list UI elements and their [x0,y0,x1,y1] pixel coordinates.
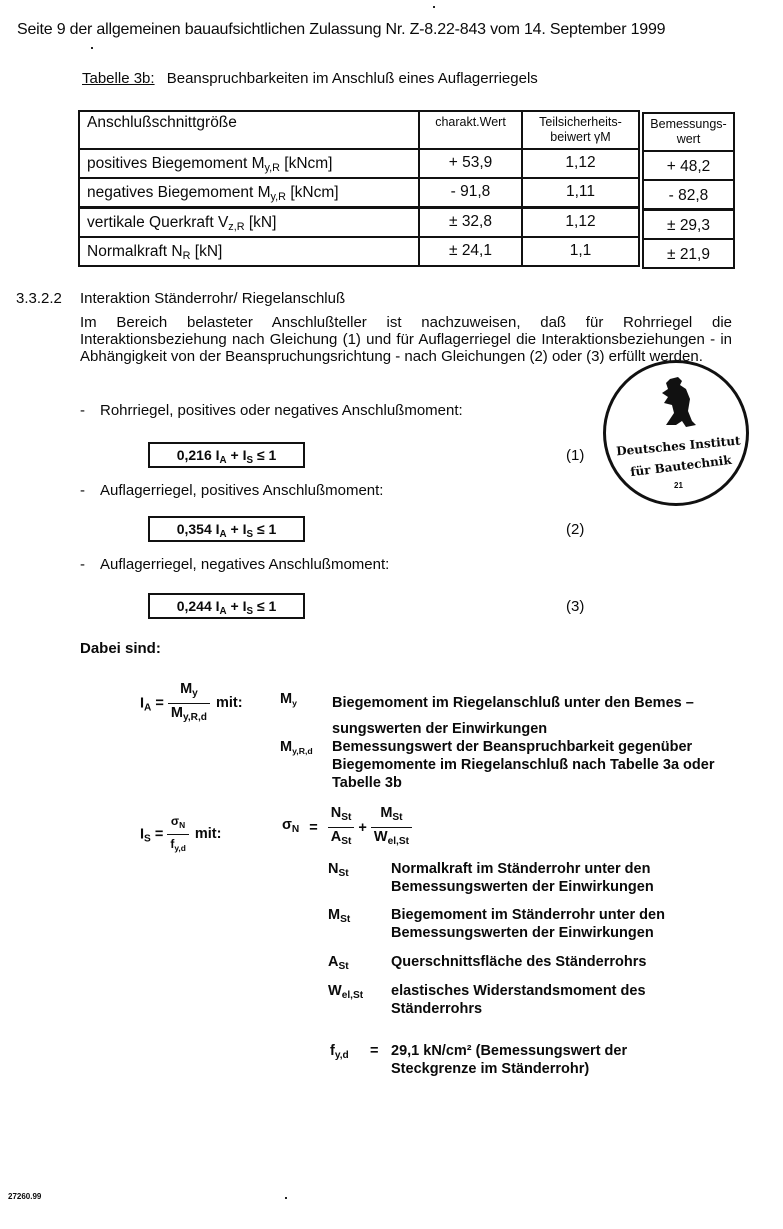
definition-text: Querschnittsfläche des Ständerrohrs [391,953,701,971]
is-fraction: σN fy,d [167,812,188,857]
cell-characteristic: + 53,9 [418,148,523,179]
stamp-line2: für Bautechnik [630,453,733,479]
definition-text: Biegemoment im Ständerrohr unter den Bem… [391,906,701,942]
fyd-definition: fy,d = [330,1042,394,1065]
official-stamp: Deutsches Institut für Bautechnik 21 [603,360,749,506]
section-number: 3.3.2.2 [16,290,62,307]
cell-design: ± 29,3 [642,209,735,240]
cell-design: + 48,2 [642,150,735,181]
cell-safety-factor: 1,12 [521,207,640,238]
cell-characteristic: ± 24,1 [418,236,523,267]
scan-speck [433,6,435,8]
cell-quantity: Normalkraft NR [kN] [78,236,420,267]
ia-fraction: My My,R,d [168,680,210,727]
definition-text: Normalkraft im Ständerrohr unter den Bem… [391,860,701,896]
equation-number: (2) [566,521,584,538]
cell-quantity: positives Biegemoment My,R [kNcm] [78,148,420,179]
cell-quantity: vertikale Querkraft Vz,R [kN] [78,207,420,238]
definition-symbol: MSt [328,906,350,929]
equation-number: (1) [566,447,584,464]
section-title: Interaktion Ständerrohr/ Riegelanschluß [80,290,345,307]
stamp-number: 21 [674,481,683,490]
sigma-term2: MSt Wel,St [371,804,412,851]
cell-design: ± 21,9 [642,238,735,269]
cell-safety-factor: 1,1 [521,236,640,267]
equation-number: (3) [566,598,584,615]
scan-speck [285,1197,287,1199]
scan-speck [91,47,93,49]
header-cell-characteristic: charakt.Wert [418,110,523,150]
header-cell-design: Bemessungs- wert [642,112,735,152]
definition-text: Bemessungswert der Beanspruchbarkeit geg… [332,738,722,792]
table-caption-label: Tabelle 3b: [82,70,155,87]
cell-characteristic: ± 32,8 [418,207,523,238]
interaction-equation-box: 0,354 IA + IS ≤ 1 [148,516,305,542]
cell-design: - 82,8 [642,179,735,210]
header-cell-quantity: Anschlußschnittgröße [78,110,420,150]
footer-code: 27260.99 [8,1192,41,1201]
interaction-equation-box: 0,244 IA + IS ≤ 1 [148,593,305,619]
definition-text: elastisches Widerstandsmoment des Stände… [391,982,701,1018]
fyd-text: 29,1 kN/cm² (Bemessungswert der Steckgre… [391,1042,681,1078]
is-formula: IS = σN fy,d mit: [140,812,221,857]
cell-characteristic: - 91,8 [418,177,523,208]
definition-text: Biegemoment im Riegelanschluß unter den … [332,690,722,742]
table-caption: Tabelle 3b: Beanspruchbarkeiten im Ansch… [82,70,538,87]
header-line: Bemessungs- [644,117,733,132]
cell-quantity: negatives Biegemoment My,R [kNcm] [78,177,420,208]
case-description: -Auflagerriegel, positives Anschlußmomen… [80,482,383,499]
table-caption-text: Beanspruchbarkeiten im Anschluß eines Au… [167,70,538,87]
definition-symbol: Wel,St [328,982,363,1005]
definition-symbol: ASt [328,953,349,976]
sigma-formula: σN = NSt ASt + MSt Wel,St [282,804,412,851]
sigma-term1: NSt ASt [328,804,355,851]
section-paragraph: Im Bereich belasteter Anschlußteller ist… [80,314,732,365]
header-line: wert [644,132,733,147]
case-description: -Rohrriegel, positives oder negatives An… [80,402,463,419]
interaction-equation-box: 0,216 IA + IS ≤ 1 [148,442,305,468]
definitions-intro: Dabei sind: [80,640,161,657]
header-line: beiwert γM [523,130,638,145]
cell-safety-factor: 1,11 [521,177,640,208]
definition-symbol: NSt [328,860,349,883]
berlin-bear-icon [656,375,702,440]
definition-symbol: My,R,d [280,738,313,760]
case-description: -Auflagerriegel, negatives Anschlußmomen… [80,556,389,573]
header-cell-safety-factor: Teilsicherheits- beiwert γM [521,110,640,150]
cell-safety-factor: 1,12 [521,148,640,179]
header-line: Teilsicherheits- [523,115,638,130]
definition-symbol: My [280,690,297,712]
page-header: Seite 9 der allgemeinen bauaufsichtliche… [17,21,665,39]
ia-formula: IA = My My,R,d mit: [140,680,243,727]
